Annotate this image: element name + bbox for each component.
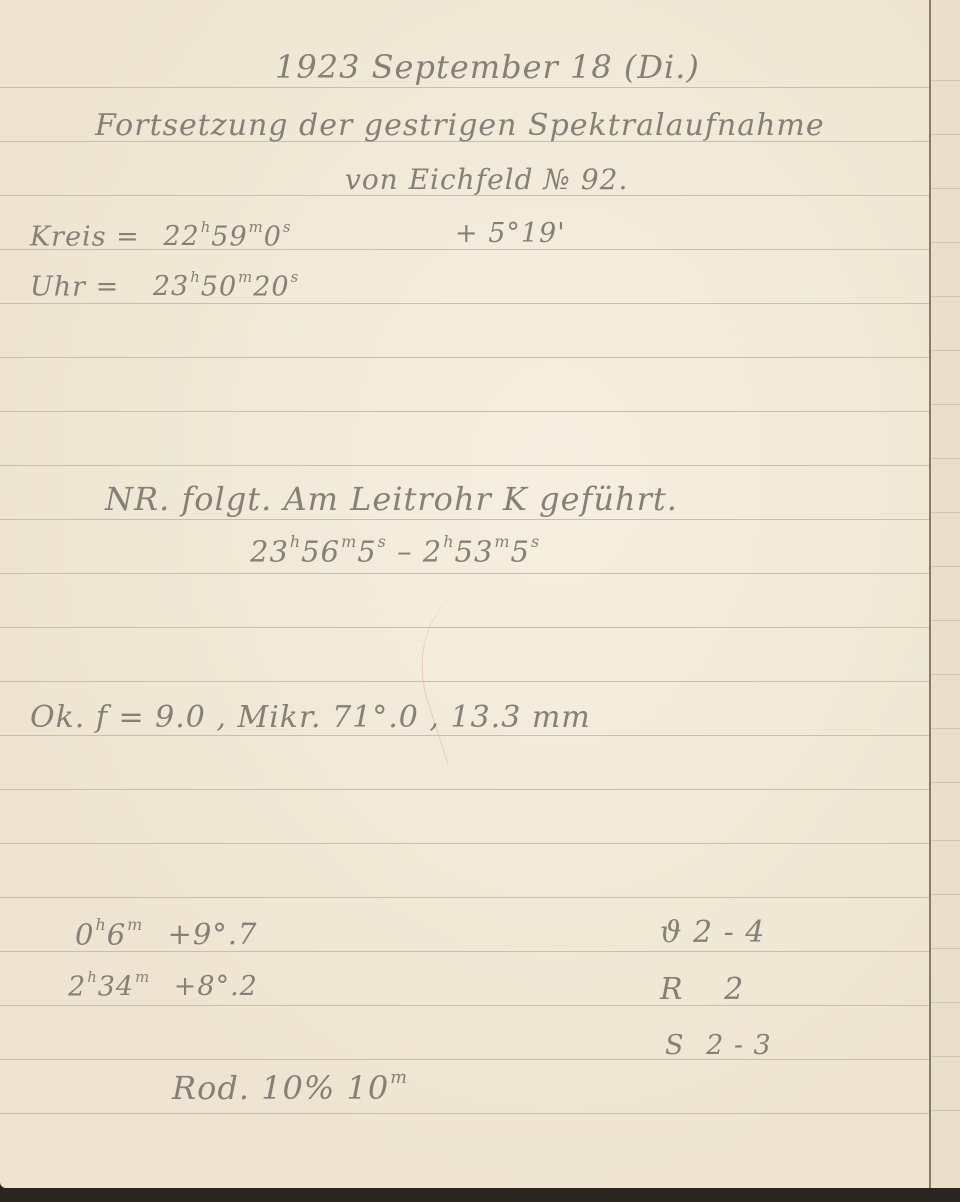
red-pencil-mark [398,575,563,765]
ruled-line [0,303,929,304]
ruled-line [931,134,960,135]
ruled-line [931,1056,960,1057]
ruled-line [931,782,960,783]
condition-value: 2 - 3 [706,1030,772,1061]
development-text: Rod. 10% 10 [172,1069,389,1107]
reading-row-1: 0h6m +9°.7 [75,915,257,951]
condition-value: 2 - 4 [693,915,765,950]
ruled-line [0,1113,929,1114]
ruled-line [931,674,960,675]
ruled-line [931,80,960,81]
condition-symbol: R [660,972,684,1007]
entry-heading-line1: Fortsetzung der gestrigen Spektralaufnah… [95,108,825,143]
reading-hours: 2 [68,971,86,1002]
exposure-interval: 23h56m5s – 2h53m5s [250,532,540,568]
ruled-line [0,411,929,412]
condition-symbol: S [665,1030,685,1061]
condition-row: S 2 - 3 [665,1030,772,1061]
scan-background [0,1188,960,1202]
kreis-hours: 22 [163,221,199,252]
condition-value: 2 [724,972,744,1007]
ruled-line [931,728,960,729]
ruled-line [0,87,929,88]
kreis-seconds: 0 [264,221,282,252]
ruled-line [0,789,929,790]
ruled-line [931,296,960,297]
ruled-line [931,458,960,459]
condition-row: ϑ 2 - 4 [660,915,765,950]
uhr-seconds: 20 [253,271,289,302]
ruled-line [931,948,960,949]
ruled-line [931,1110,960,1111]
exposure-start-hours: 23 [250,534,289,568]
uhr-hours: 23 [153,271,189,302]
reading-temp: +8°.2 [174,971,258,1002]
ruled-line [931,512,960,513]
ruled-line [0,1059,929,1060]
ruled-line [931,620,960,621]
ruled-line [0,897,929,898]
ruled-line [931,840,960,841]
kreis-row: Kreis = 22h59m0s [30,218,292,252]
guiding-note: NR. folgt. Am Leitrohr K geführt. [105,480,678,518]
condition-row: R 2 [660,972,744,1007]
ruled-line [931,566,960,567]
ruled-line [931,894,960,895]
kreis-minutes: 59 [211,221,247,252]
uhr-label: Uhr = [30,271,119,302]
ruled-line [0,519,929,520]
exposure-end-seconds: 5 [511,534,530,568]
adjacent-page-edge [929,0,960,1190]
exposure-end-minutes: 53 [455,534,494,568]
reading-temp: +9°.7 [168,917,258,951]
ruled-line [931,1002,960,1003]
development-note: Rod. 10% 10m [172,1068,408,1107]
ruled-line [0,843,929,844]
declination: + 5°19' [455,218,566,249]
ruled-line [931,404,960,405]
ruled-line [931,350,960,351]
ruled-line [0,357,929,358]
reading-row-2: 2h34m +8°.2 [68,968,258,1002]
ruled-line [931,242,960,243]
reading-hours: 0 [75,917,94,951]
entry-heading-line2: von Eichfeld № 92. [345,163,628,196]
reading-minutes: 34 [98,971,134,1002]
ruled-line [931,188,960,189]
ruled-line [0,465,929,466]
ruled-line [0,573,929,574]
kreis-label: Kreis = [30,221,140,252]
optics-note: Ok. f = 9.0 , Mikr. 71°.0 , 13.3 mm [30,700,591,735]
reading-minutes: 6 [107,917,126,951]
exposure-start-seconds: 5 [357,534,376,568]
ruled-line [0,1005,929,1006]
condition-symbol: ϑ [660,915,682,950]
exposure-end-hours: 2 [423,534,442,568]
development-unit: m [390,1068,408,1088]
entry-date: 1923 September 18 (Di.) [275,48,700,86]
notebook-page: 1923 September 18 (Di.) Fortsetzung der … [0,0,929,1188]
uhr-row: Uhr = 23h50m20s [30,268,299,302]
uhr-minutes: 50 [201,271,237,302]
exposure-start-minutes: 56 [301,534,340,568]
